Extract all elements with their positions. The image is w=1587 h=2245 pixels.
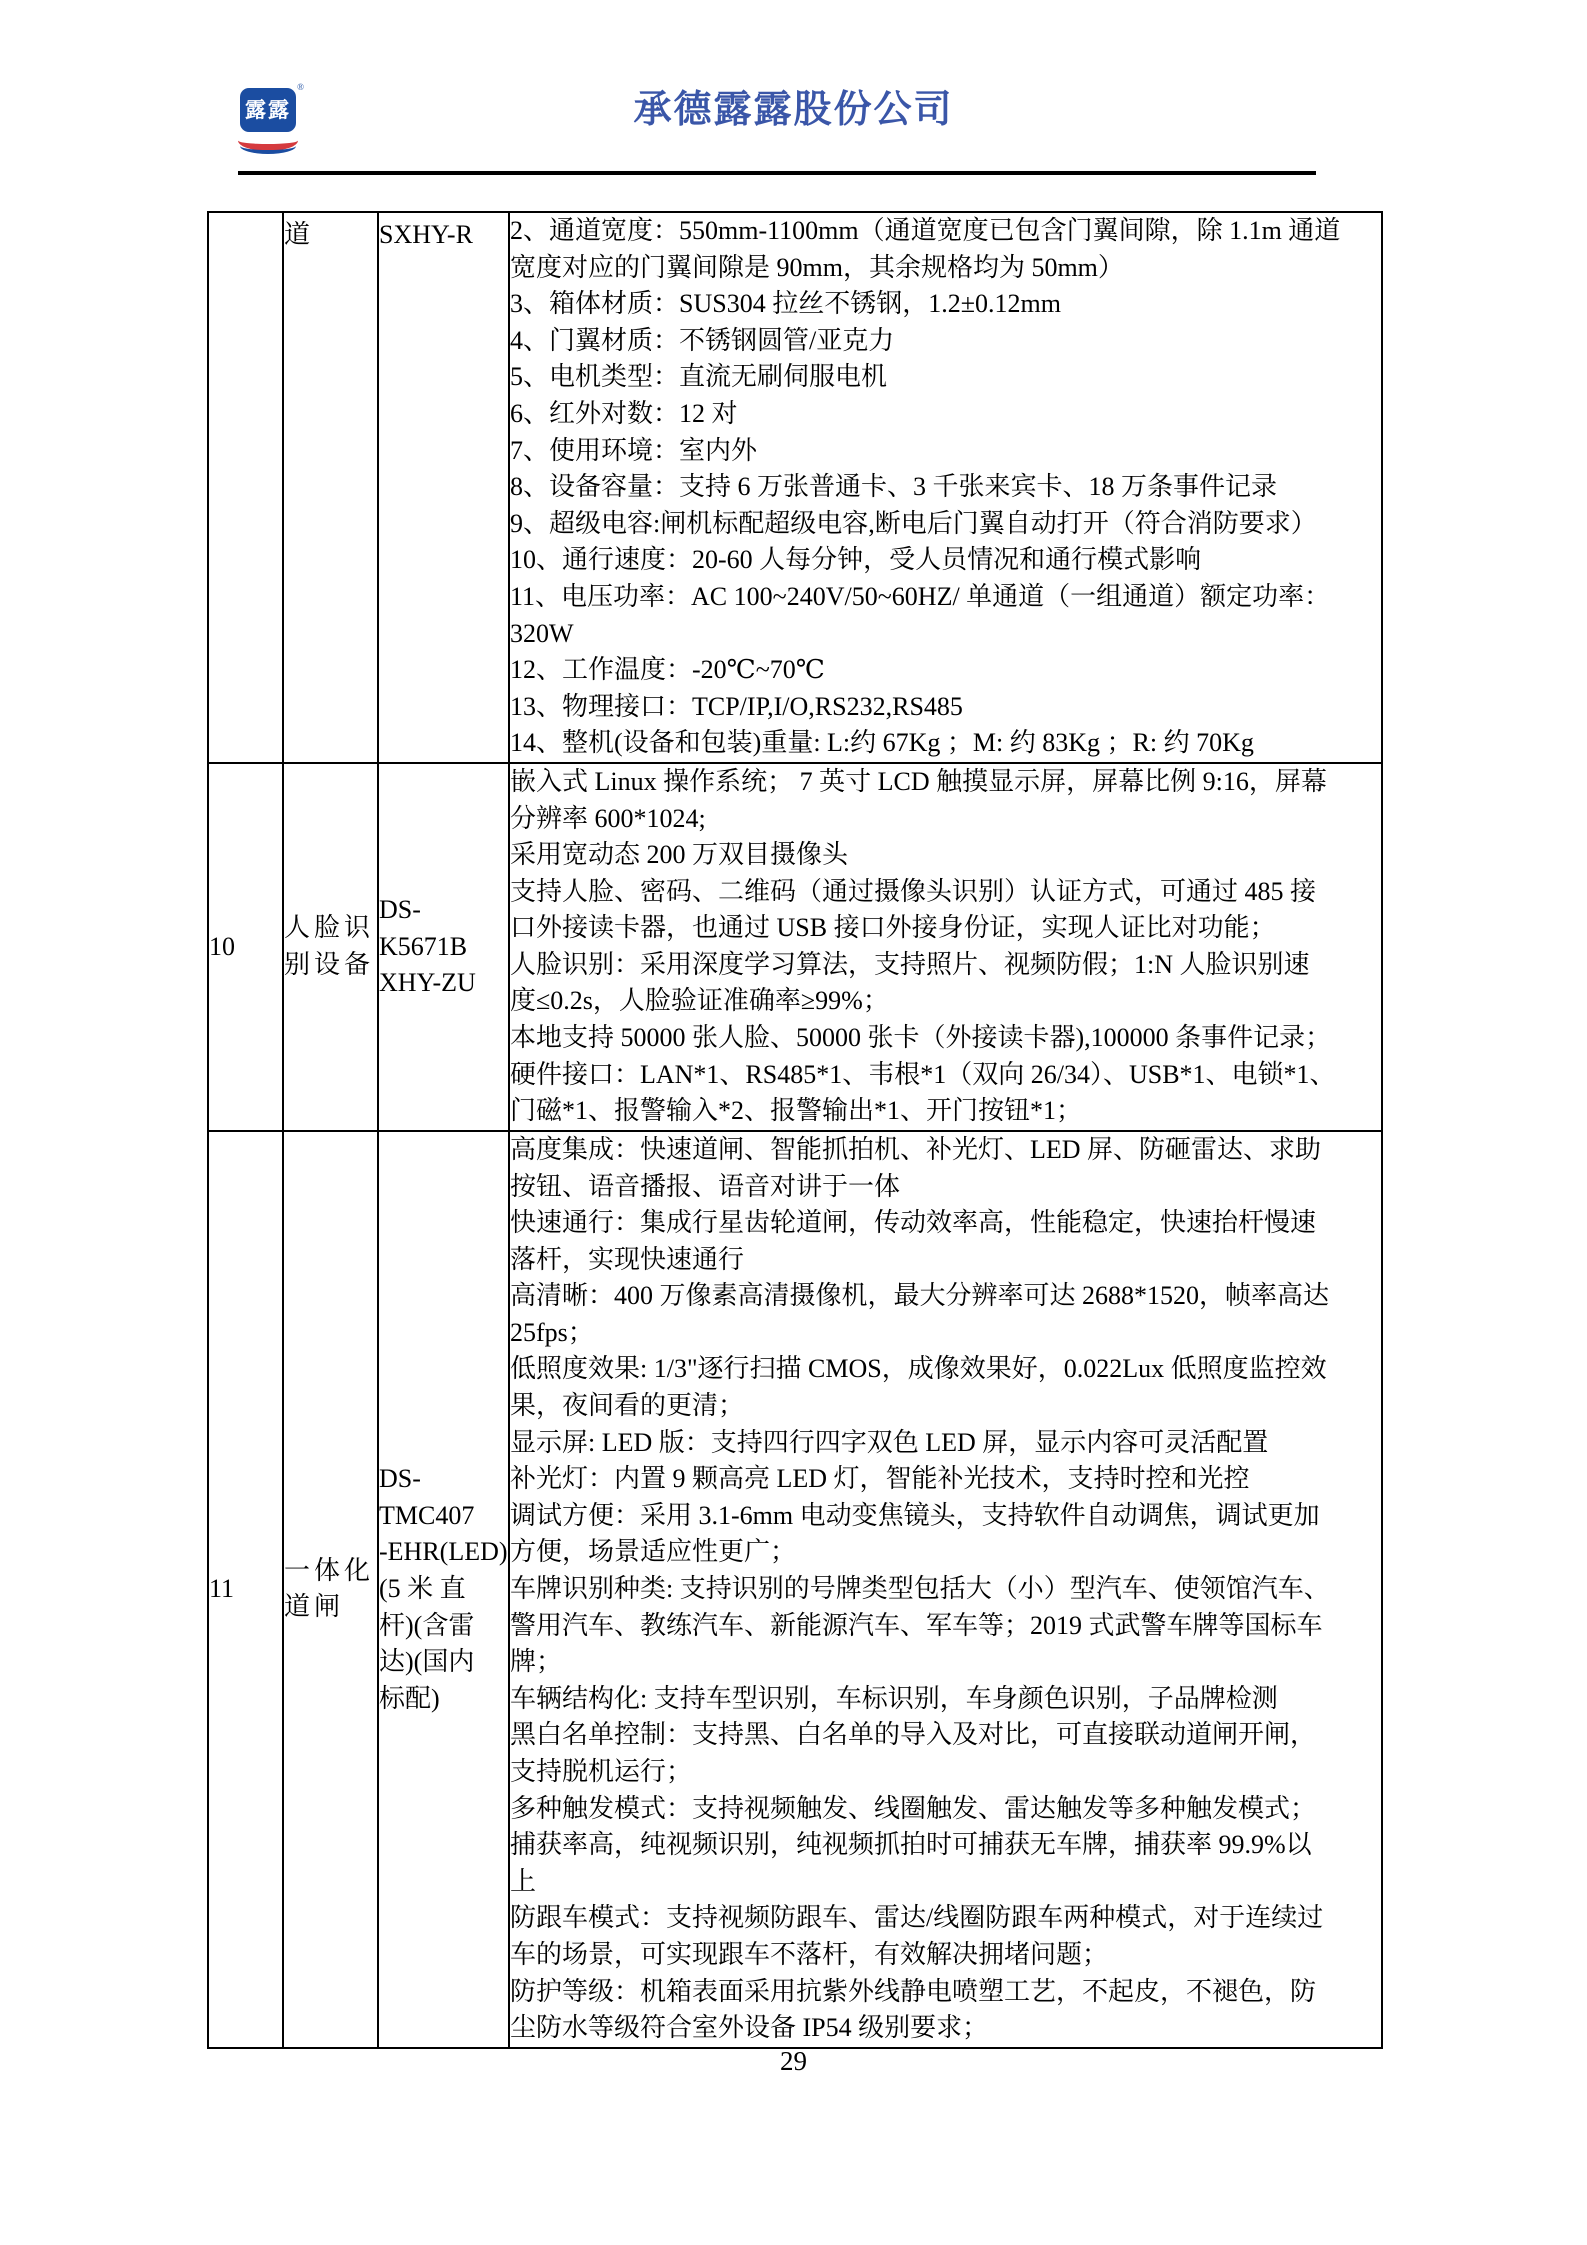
device-name-cell: 人脸识 别设备: [283, 763, 378, 1131]
logo-swoosh-blue: [240, 138, 296, 154]
table-row: 10 人脸识 别设备 DS-K5671B XHY-ZU 嵌入式 Linux 操作…: [208, 763, 1382, 1131]
device-name-cell: 一体化 道闸: [283, 1131, 378, 2048]
device-name-cell: 道: [283, 212, 378, 763]
row-number-cell: 11: [208, 1131, 283, 2048]
page-number: 29: [0, 2046, 1587, 2077]
header-divider: [238, 171, 1316, 175]
device-model-cell: SXHY-R: [378, 212, 509, 763]
document-page: 露露 ® 承德露露股份公司 道 SXHY-R 2、通道宽度：550mm-1100…: [0, 0, 1587, 2245]
row-number-cell: 10: [208, 763, 283, 1131]
device-spec-cell: 嵌入式 Linux 操作系统； 7 英寸 LCD 触摸显示屏，屏幕比例 9:16…: [509, 763, 1382, 1131]
table-row: 道 SXHY-R 2、通道宽度：550mm-1100mm（通道宽度已包含门翼间隙…: [208, 212, 1382, 763]
table-row: 11 一体化 道闸 DS-TMC407 -EHR(LED) (5 米 直 杆)(…: [208, 1131, 1382, 2048]
device-model-cell: DS-K5671B XHY-ZU: [378, 763, 509, 1131]
row-number-cell: [208, 212, 283, 763]
spec-table: 道 SXHY-R 2、通道宽度：550mm-1100mm（通道宽度已包含门翼间隙…: [207, 211, 1383, 2049]
device-model-cell: DS-TMC407 -EHR(LED) (5 米 直 杆)(含雷 达)(国内 标…: [378, 1131, 509, 2048]
device-spec-cell: 高度集成：快速道闸、智能抓拍机、补光灯、LED 屏、防砸雷达、求助 按钮、语音播…: [509, 1131, 1382, 2048]
device-spec-cell: 2、通道宽度：550mm-1100mm（通道宽度已包含门翼间隙，除 1.1m 通…: [509, 212, 1382, 763]
page-title: 承德露露股份公司: [0, 78, 1587, 133]
